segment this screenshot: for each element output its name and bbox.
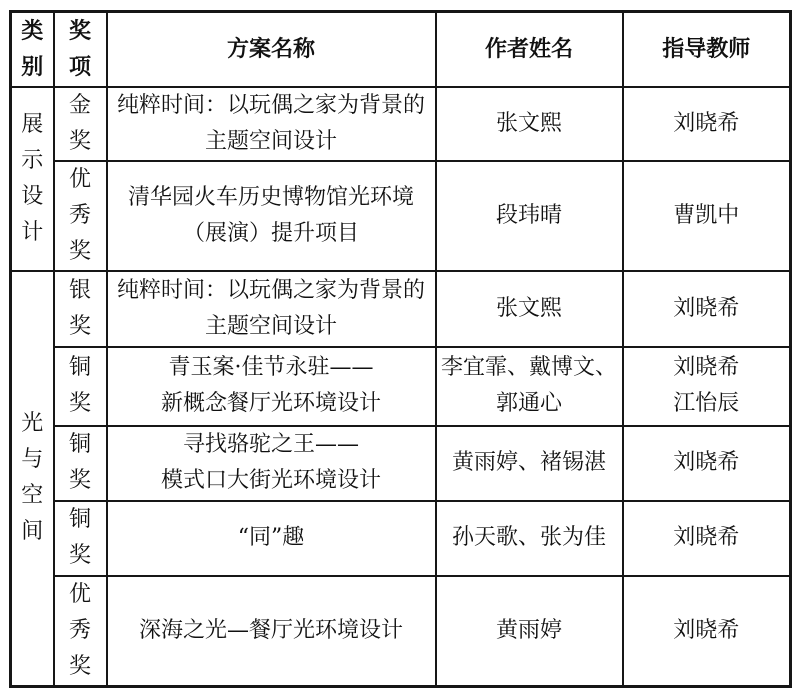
teachers-cell: 刘晓希 [623, 426, 791, 501]
table-row: 优 秀 奖 深海之光—餐厅光环境设计 黄雨婷 刘晓希 [11, 576, 791, 687]
header-cell-authors: 作者姓名 [436, 12, 623, 87]
authors-cell: 孙天歌、张为佳 [436, 501, 623, 576]
table-row: 展 示 设 计 金 奖 纯粹时间：以玩偶之家为背景的 主题空间设计 张文熙 刘晓… [11, 87, 791, 161]
document-page: 类 别 奖 项 方案名称 作者姓名 指导教师 展 示 设 计 金 奖 纯粹时间：… [0, 0, 799, 687]
authors-cell: 张文熙 [436, 87, 623, 161]
teachers-cell: 刘晓希 [623, 501, 791, 576]
authors-cell: 黄雨婷、褚锡湛 [436, 426, 623, 501]
title-cell: 深海之光—餐厅光环境设计 [107, 576, 436, 687]
title-cell: 清华园火车历史博物馆光环境 （展演）提升项目 [107, 161, 436, 271]
award-cell: 铜 奖 [54, 347, 107, 426]
authors-cell: 张文熙 [436, 271, 623, 347]
header-cell-category: 类 别 [11, 12, 54, 87]
award-cell: 银 奖 [54, 271, 107, 347]
category-cell-light-and-space: 光 与 空 间 [11, 271, 54, 687]
title-cell: 纯粹时间：以玩偶之家为背景的 主题空间设计 [107, 271, 436, 347]
teachers-cell: 刘晓希 江怡辰 [623, 347, 791, 426]
table-row: 铜 奖 寻找骆驼之王—— 模式口大街光环境设计 黄雨婷、褚锡湛 刘晓希 [11, 426, 791, 501]
category-cell-exhibit-design: 展 示 设 计 [11, 87, 54, 271]
authors-cell: 李宜霏、戴博文、 郭通心 [436, 347, 623, 426]
title-cell: “同”趣 [107, 501, 436, 576]
table-row: 铜 奖 青玉案·佳节永驻—— 新概念餐厅光环境设计 李宜霏、戴博文、 郭通心 刘… [11, 347, 791, 426]
table-header-row: 类 别 奖 项 方案名称 作者姓名 指导教师 [11, 12, 791, 87]
table-row: 光 与 空 间 银 奖 纯粹时间：以玩偶之家为背景的 主题空间设计 张文熙 刘晓… [11, 271, 791, 347]
teachers-cell: 刘晓希 [623, 576, 791, 687]
teachers-cell: 刘晓希 [623, 271, 791, 347]
award-cell: 金 奖 [54, 87, 107, 161]
teachers-cell: 曹凯中 [623, 161, 791, 271]
award-cell: 铜 奖 [54, 426, 107, 501]
award-cell: 优 秀 奖 [54, 576, 107, 687]
award-cell: 优 秀 奖 [54, 161, 107, 271]
header-cell-award: 奖 项 [54, 12, 107, 87]
header-cell-teachers: 指导教师 [623, 12, 791, 87]
table-row: 优 秀 奖 清华园火车历史博物馆光环境 （展演）提升项目 段玮晴 曹凯中 [11, 161, 791, 271]
authors-cell: 段玮晴 [436, 161, 623, 271]
authors-cell: 黄雨婷 [436, 576, 623, 687]
header-cell-title: 方案名称 [107, 12, 436, 87]
teachers-cell: 刘晓希 [623, 87, 791, 161]
table-row: 铜 奖 “同”趣 孙天歌、张为佳 刘晓希 [11, 501, 791, 576]
title-cell: 寻找骆驼之王—— 模式口大街光环境设计 [107, 426, 436, 501]
award-cell: 铜 奖 [54, 501, 107, 576]
title-cell: 纯粹时间：以玩偶之家为背景的 主题空间设计 [107, 87, 436, 161]
award-table: 类 别 奖 项 方案名称 作者姓名 指导教师 展 示 设 计 金 奖 纯粹时间：… [9, 10, 792, 688]
title-cell: 青玉案·佳节永驻—— 新概念餐厅光环境设计 [107, 347, 436, 426]
